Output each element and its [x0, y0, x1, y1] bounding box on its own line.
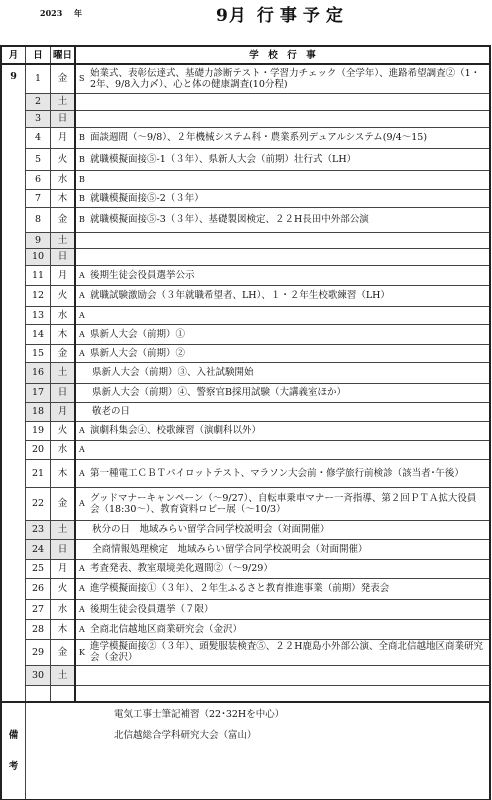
- day-cell: 29: [26, 639, 51, 665]
- table-row: 16土県新人大会（前期）③、入社試験開始: [1, 362, 490, 383]
- event-cell: A: [75, 440, 490, 459]
- weekday-cell: 日: [51, 383, 76, 402]
- weekday-cell: 土: [51, 520, 76, 539]
- weekday-cell: 金: [51, 639, 76, 665]
- day-cell: 5: [26, 148, 51, 170]
- table-row: 28木A全商北信越地区商業研究会（金沢）: [1, 619, 490, 639]
- table-row: 17日県新人大会（前期）④、警察官B採用試験（大講義室ほか）: [1, 383, 490, 402]
- day-cell: 4: [26, 127, 51, 148]
- table-row: 13水A: [1, 306, 490, 324]
- month-cell: 9: [1, 64, 26, 702]
- event-cell: B就職模擬面接⑤-2（３年）: [75, 189, 490, 207]
- event-text: 県新人大会（前期）②: [90, 348, 489, 359]
- weekday-cell: 日: [51, 248, 76, 265]
- remarks-label-2: 考: [2, 761, 25, 772]
- table-row: 30土: [1, 665, 490, 685]
- day-cell: 2: [26, 93, 51, 110]
- day-cell: 7: [26, 189, 51, 207]
- weekday-cell: 水: [51, 440, 76, 459]
- day-cell: 9: [26, 232, 51, 248]
- day-cell: 28: [26, 619, 51, 639]
- event-cell: A県新人大会（前期）②: [75, 344, 490, 362]
- event-text: 始業式、表彰伝達式、基礎力診断テスト・学習力チェック（全学年）、進路希望調査②（…: [90, 68, 489, 90]
- event-text: 進学模擬面接②（３年）、頭髪服装検査⑤、２２H鹿島小外部公演、全商北信越地区商業…: [90, 641, 489, 663]
- table-row: 8金B就職模擬面接⑤-3（３年）、基礎製図検定、２２H長田中外部公演: [1, 207, 490, 232]
- event-cell: A後期生徒会役員選挙（７限）: [75, 599, 490, 619]
- col-month: 月: [1, 46, 26, 64]
- event-cell: 県新人大会（前期）④、警察官B採用試験（大講義室ほか）: [75, 383, 490, 402]
- title-text: 行事予定: [257, 6, 349, 26]
- day-cell: 17: [26, 383, 51, 402]
- schedule-code: S: [79, 73, 90, 84]
- event-text: 就職模擬面接⑤-3（３年）、基礎製図検定、２２H長田中外部公演: [90, 214, 489, 225]
- weekday-cell: 金: [51, 487, 76, 520]
- schedule-code: A: [79, 329, 90, 340]
- schedule-code: A: [79, 425, 90, 436]
- event-text: 県新人大会（前期）①: [90, 329, 489, 340]
- event-cell: [75, 232, 490, 248]
- day-cell: 26: [26, 578, 51, 599]
- event-cell: 全商情報処理検定 地域みらい留学合同学校説明会（対面開催）: [75, 539, 490, 559]
- day-cell: 12: [26, 285, 51, 306]
- event-cell: B就職模擬面接⑤-3（３年）、基礎製図検定、２２H長田中外部公演: [75, 207, 490, 232]
- day-cell: 21: [26, 459, 51, 487]
- table-row: 12火A就職試験激励会（３年就職希望者、LH）、１・２年生校歌練習（LH）: [1, 285, 490, 306]
- weekday-cell: 月: [51, 559, 76, 578]
- event-cell: S始業式、表彰伝達式、基礎力診断テスト・学習力チェック（全学年）、進路希望調査②…: [75, 64, 490, 93]
- table-row: 22金Aグッドマナーキャンペーン（～9/27）、自転車乗車マナー一斉指導、第２回…: [1, 487, 490, 520]
- weekday-cell: 月: [51, 127, 76, 148]
- weekday-cell: 金: [51, 344, 76, 362]
- day-cell: [26, 685, 51, 702]
- schedule-code: B: [79, 193, 90, 204]
- day-cell: 10: [26, 248, 51, 265]
- remarks-label: 備 考: [1, 702, 26, 800]
- day-cell: 3: [26, 110, 51, 127]
- remarks-body: 電気工事士筆記補習（22･32Hを中心） 北信越総合学科研究大会（富山）: [26, 702, 491, 800]
- event-cell: A進学模擬面接①（３年）、２年生ふるさと教育推進事業（前期）発表会: [75, 578, 490, 599]
- event-text: 面談週間（～9/8）、２年機械システム科・農業系列デュアルシステム(9/4～15…: [90, 132, 489, 143]
- event-cell: [75, 665, 490, 685]
- day-cell: 19: [26, 421, 51, 440]
- event-cell: A第一種電工ＣＢＴパイロットテスト、マラソン大会前・修学旅行前検診（該当者･午後…: [75, 459, 490, 487]
- schedule-code: B: [79, 214, 90, 225]
- event-cell: B: [75, 170, 490, 189]
- event-cell: A全商北信越地区商業研究会（金沢）: [75, 619, 490, 639]
- table-row: 10日: [1, 248, 490, 265]
- event-cell: [75, 248, 490, 265]
- weekday-cell: 木: [51, 324, 76, 344]
- event-cell: B面談週間（～9/8）、２年機械システム科・農業系列デュアルシステム(9/4～1…: [75, 127, 490, 148]
- table-row: 91金S始業式、表彰伝達式、基礎力診断テスト・学習力チェック（全学年）、進路希望…: [1, 64, 490, 93]
- table-row: 27水A後期生徒会役員選挙（７限）: [1, 599, 490, 619]
- weekday-cell: 土: [51, 93, 76, 110]
- event-cell: Aグッドマナーキャンペーン（～9/27）、自転車乗車マナー一斉指導、第２回ＰＴＡ…: [75, 487, 490, 520]
- table-row: 15金A県新人大会（前期）②: [1, 344, 490, 362]
- event-text: 秋分の日 地域みらい留学合同学校説明会（対面開催）: [90, 524, 489, 535]
- weekday-cell: 水: [51, 306, 76, 324]
- event-cell: A後期生徒会役員選挙公示: [75, 265, 490, 285]
- event-cell: 敬老の日: [75, 402, 490, 421]
- weekday-cell: 木: [51, 619, 76, 639]
- weekday-cell: 木: [51, 189, 76, 207]
- table-row: 19火A演劇科集会④、校歌練習（演劇科以外）: [1, 421, 490, 440]
- event-cell: A演劇科集会④、校歌練習（演劇科以外）: [75, 421, 490, 440]
- event-cell: A就職試験激励会（３年就職希望者、LH）、１・２年生校歌練習（LH）: [75, 285, 490, 306]
- day-cell: 6: [26, 170, 51, 189]
- schedule-code: A: [79, 563, 90, 574]
- remarks-label-1: 備: [2, 730, 25, 741]
- schedule-code: B: [79, 174, 90, 185]
- event-cell: K進学模擬面接②（３年）、頭髪服装検査⑤、２２H鹿島小外部公演、全商北信越地区商…: [75, 639, 490, 665]
- table-row: 3日: [1, 110, 490, 127]
- event-cell: 秋分の日 地域みらい留学合同学校説明会（対面開催）: [75, 520, 490, 539]
- event-text: 進学模擬面接①（３年）、２年生ふるさと教育推進事業（前期）発表会: [90, 583, 489, 594]
- weekday-cell: 水: [51, 599, 76, 619]
- day-cell: 22: [26, 487, 51, 520]
- event-text: 県新人大会（前期）③、入社試験開始: [90, 367, 489, 378]
- weekday-cell: 土: [51, 362, 76, 383]
- event-cell: 県新人大会（前期）③、入社試験開始: [75, 362, 490, 383]
- event-text: 後期生徒会役員選挙公示: [90, 270, 489, 281]
- event-text: 第一種電工ＣＢＴパイロットテスト、マラソン大会前・修学旅行前検診（該当者･午後）: [90, 468, 489, 479]
- weekday-cell: 火: [51, 148, 76, 170]
- table-row: 14木A県新人大会（前期）①: [1, 324, 490, 344]
- event-text: 演劇科集会④、校歌練習（演劇科以外）: [90, 425, 489, 436]
- schedule-code: B: [79, 132, 90, 143]
- weekday-cell: 火: [51, 285, 76, 306]
- table-row: 24日全商情報処理検定 地域みらい留学合同学校説明会（対面開催）: [1, 539, 490, 559]
- table-header: 月 日 曜日 学 校 行 事: [1, 46, 490, 64]
- table-row: 23土秋分の日 地域みらい留学合同学校説明会（対面開催）: [1, 520, 490, 539]
- month-title: 9月: [216, 6, 247, 26]
- event-text: 考査発表、教室環境美化週間②（～9/29）: [90, 563, 489, 574]
- event-text: 県新人大会（前期）④、警察官B採用試験（大講義室ほか）: [90, 387, 489, 398]
- table-row: 20水A: [1, 440, 490, 459]
- weekday-cell: 金: [51, 207, 76, 232]
- table-row: 4月B面談週間（～9/8）、２年機械システム科・農業系列デュアルシステム(9/4…: [1, 127, 490, 148]
- weekday-cell: 日: [51, 539, 76, 559]
- table-row: 7木B就職模擬面接⑤-2（３年）: [1, 189, 490, 207]
- schedule-code: A: [79, 604, 90, 615]
- weekday-cell: 木: [51, 459, 76, 487]
- table-row: 5火B就職模擬面接⑤-1（３年）、県新人大会（前期）壮行式（LH）: [1, 148, 490, 170]
- table-row: 9土: [1, 232, 490, 248]
- event-cell: A県新人大会（前期）①: [75, 324, 490, 344]
- remarks-row: 備 考 電気工事士筆記補習（22･32Hを中心） 北信越総合学科研究大会（富山）: [1, 702, 490, 800]
- event-text: 全商北信越地区商業研究会（金沢）: [90, 624, 489, 635]
- weekday-cell: 土: [51, 665, 76, 685]
- weekday-cell: 金: [51, 64, 76, 93]
- schedule-body: 91金S始業式、表彰伝達式、基礎力診断テスト・学習力チェック（全学年）、進路希望…: [1, 64, 490, 702]
- remark-item: 電気工事士筆記補習（22･32Hを中心）: [114, 709, 489, 730]
- table-row: 25月A考査発表、教室環境美化週間②（～9/29）: [1, 559, 490, 578]
- table-row: 21木A第一種電工ＣＢＴパイロットテスト、マラソン大会前・修学旅行前検診（該当者…: [1, 459, 490, 487]
- event-text: 就職模擬面接⑤-2（３年）: [90, 193, 489, 204]
- schedule-code: A: [79, 468, 90, 479]
- col-day: 日: [26, 46, 51, 64]
- event-cell: B就職模擬面接⑤-1（３年）、県新人大会（前期）壮行式（LH）: [75, 148, 490, 170]
- table-row: 29金K進学模擬面接②（３年）、頭髪服装検査⑤、２２H鹿島小外部公演、全商北信越…: [1, 639, 490, 665]
- event-text: グッドマナーキャンペーン（～9/27）、自転車乗車マナー一斉指導、第２回ＰＴＡ拡…: [90, 493, 489, 515]
- table-row: 11月A後期生徒会役員選挙公示: [1, 265, 490, 285]
- day-cell: 23: [26, 520, 51, 539]
- table-row: 2土: [1, 93, 490, 110]
- weekday-cell: 月: [51, 402, 76, 421]
- day-cell: 30: [26, 665, 51, 685]
- table-row: 26火A進学模擬面接①（３年）、２年生ふるさと教育推進事業（前期）発表会: [1, 578, 490, 599]
- day-cell: 20: [26, 440, 51, 459]
- schedule-table: 月 日 曜日 学 校 行 事 91金S始業式、表彰伝達式、基礎力診断テスト・学習…: [0, 45, 491, 800]
- day-cell: 8: [26, 207, 51, 232]
- schedule-code: K: [79, 647, 90, 658]
- day-cell: 24: [26, 539, 51, 559]
- year-unit: 年: [74, 8, 82, 19]
- weekday-cell: 日: [51, 110, 76, 127]
- day-cell: 27: [26, 599, 51, 619]
- event-cell: A考査発表、教室環境美化週間②（～9/29）: [75, 559, 490, 578]
- table-row: [1, 685, 490, 702]
- day-cell: 13: [26, 306, 51, 324]
- event-cell: [75, 93, 490, 110]
- table-row: 6水B: [1, 170, 490, 189]
- event-text: 後期生徒会役員選挙（７限）: [90, 604, 489, 615]
- remark-item: 北信越総合学科研究大会（富山）: [114, 730, 489, 751]
- year: 2023: [40, 8, 62, 18]
- day-cell: 16: [26, 362, 51, 383]
- weekday-cell: 水: [51, 170, 76, 189]
- weekday-cell: [51, 685, 76, 702]
- schedule-code: A: [79, 348, 90, 359]
- weekday-cell: 月: [51, 265, 76, 285]
- day-cell: 11: [26, 265, 51, 285]
- weekday-cell: 火: [51, 578, 76, 599]
- schedule-code: A: [79, 624, 90, 635]
- event-cell: [75, 110, 490, 127]
- schedule-code: A: [79, 444, 90, 455]
- event-text: 全商情報処理検定 地域みらい留学合同学校説明会（対面開催）: [90, 544, 489, 555]
- col-weekday: 曜日: [51, 46, 76, 64]
- table-row: 18月敬老の日: [1, 402, 490, 421]
- schedule-code: A: [79, 498, 90, 509]
- event-text: 就職試験激励会（３年就職希望者、LH）、１・２年生校歌練習（LH）: [90, 290, 489, 301]
- day-cell: 14: [26, 324, 51, 344]
- day-cell: 1: [26, 64, 51, 93]
- weekday-cell: 土: [51, 232, 76, 248]
- day-cell: 18: [26, 402, 51, 421]
- schedule-code: B: [79, 154, 90, 165]
- col-events: 学 校 行 事: [75, 46, 490, 64]
- event-cell: [75, 685, 490, 702]
- schedule-code: A: [79, 310, 90, 321]
- day-cell: 15: [26, 344, 51, 362]
- page-title: 9月行事予定: [216, 1, 349, 26]
- event-text: 就職模擬面接⑤-1（３年）、県新人大会（前期）壮行式（LH）: [90, 154, 489, 165]
- day-cell: 25: [26, 559, 51, 578]
- event-text: 敬老の日: [90, 406, 489, 417]
- event-cell: A: [75, 306, 490, 324]
- weekday-cell: 火: [51, 421, 76, 440]
- schedule-code: A: [79, 270, 90, 281]
- schedule-code: A: [79, 290, 90, 301]
- schedule-code: A: [79, 583, 90, 594]
